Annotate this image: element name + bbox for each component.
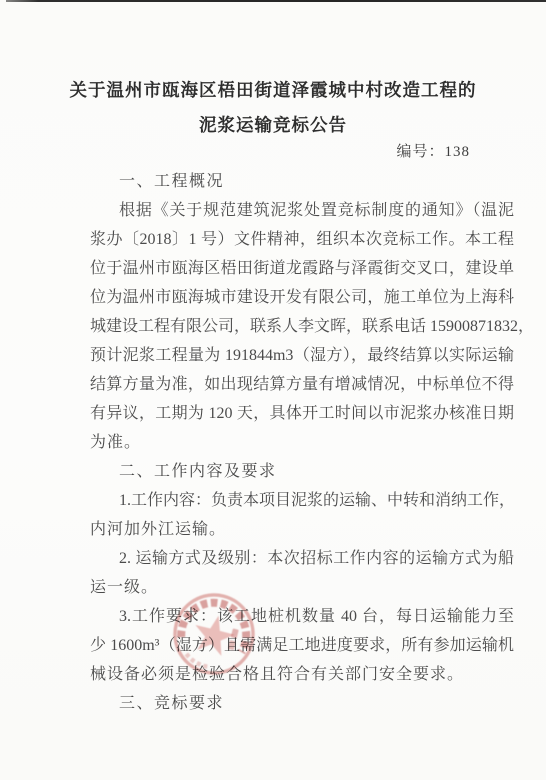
doc-line: 结算方量为准，如出现结算方量有增减情况，中标单位不得 [90,370,514,399]
doc-line: 城建设工程有限公司，联系人李文晖，联系电话 15900871832， [90,312,514,341]
title-line-2: 泥浆运输竞标公告 [0,108,546,143]
document-title: 关于温州市瓯海区梧田街道泽霞城中村改造工程的 泥浆运输竞标公告 [0,73,546,143]
doc-line: 位为温州市瓯海城市建设开发有限公司，施工单位为上海科 [90,283,514,312]
doc-line: 1.工作内容：负责本项目泥浆的运输、中转和消纳工作， [90,486,514,515]
doc-line: 预计泥浆工程量为 191844m3（湿方），最终结算以实际运输 [90,341,514,370]
document-body: 一、工程概况 根据《关于规范建筑泥浆处置竞标制度的通知》（温泥 浆办〔2018〕… [90,167,514,718]
doc-line: 2. 运输方式及级别：本次招标工作内容的运输方式为船 [90,544,514,573]
title-line-1: 关于温州市瓯海区梧田街道泽霞城中村改造工程的 [0,73,546,108]
doc-line: 浆办〔2018〕1 号）文件精神，组织本次竞标工作。本工程 [90,225,514,254]
doc-line: 3.工作要求：该工地桩机数量 40 台，每日运输能力至 [90,602,514,631]
doc-line: 少 1600m³（湿方）且需满足工地进度要求，所有参加运输机 [90,631,514,660]
doc-line: 械设备必须是检验合格且符合有关部门安全要求。 [90,660,514,689]
scanned-document-page: 关于温州市瓯海区梧田街道泽霞城中村改造工程的 泥浆运输竞标公告 编号：138 一… [0,0,546,780]
document-number: 编号：138 [396,140,470,161]
doc-line: 内河加外江运输。 [90,515,514,544]
doc-line: 根据《关于规范建筑泥浆处置竞标制度的通知》（温泥 [90,196,514,225]
doc-line: 运一级。 [90,573,514,602]
scanner-edge-artifact [6,0,546,2]
section-2-heading: 二、工作内容及要求 [90,457,514,486]
section-1-heading: 一、工程概况 [90,167,514,196]
doc-line: 为准。 [90,428,514,457]
doc-line: 位于温州市瓯海区梧田街道龙霞路与泽霞街交叉口，建设单 [90,254,514,283]
section-3-heading: 三、竞标要求 [90,689,514,718]
doc-line: 有异议，工期为 120 天，具体开工时间以市泥浆办核准日期 [90,399,514,428]
